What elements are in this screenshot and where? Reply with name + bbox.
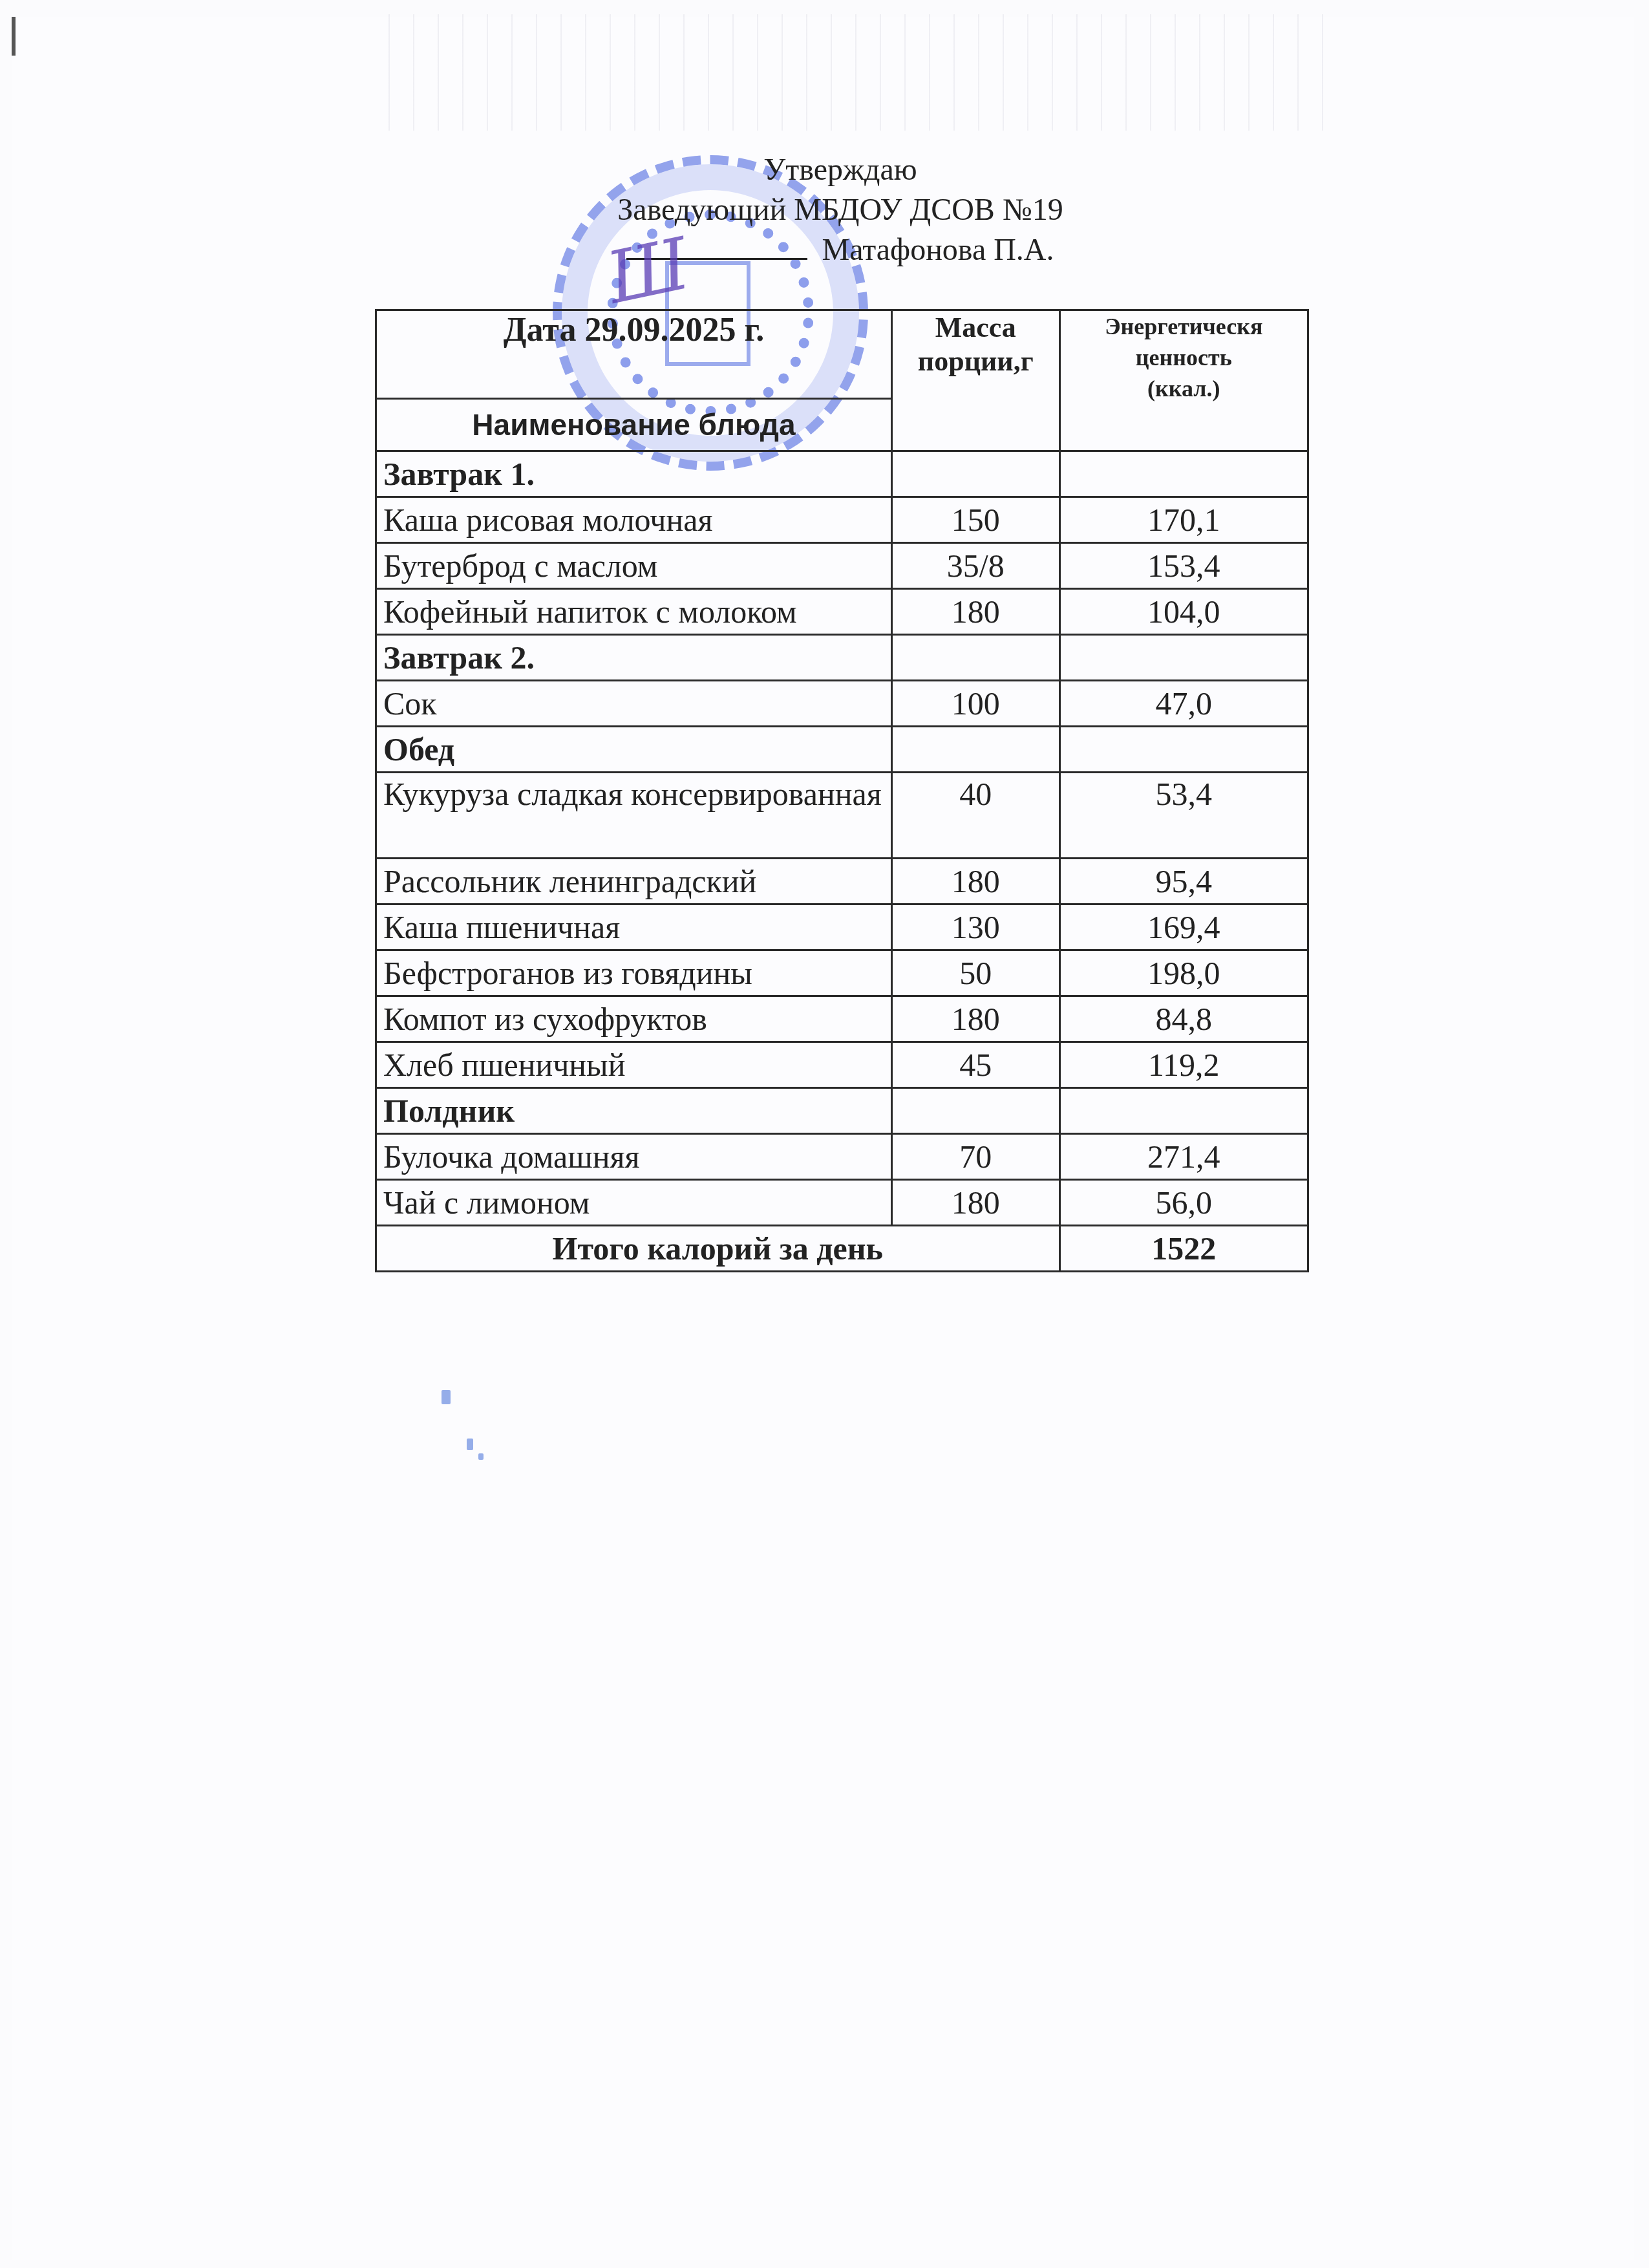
table-row: Хлеб пшеничный45119,2 (376, 1042, 1308, 1088)
approval-block: Утверждаю Заведующий МБДОУ ДСОВ №19 Мата… (375, 150, 1306, 270)
table-row: Булочка домашняя70271,4 (376, 1134, 1308, 1180)
energy-value: 104,0 (1059, 589, 1308, 635)
table-row: Каша рисовая молочная150170,1 (376, 497, 1308, 543)
empty-cell (1059, 451, 1308, 497)
empty-cell (891, 635, 1059, 681)
dish-name: Бефстроганов из говядины (376, 950, 892, 996)
energy-value: 84,8 (1059, 996, 1308, 1042)
energy-header-line: ценность (1067, 342, 1301, 373)
portion-mass: 180 (891, 589, 1059, 635)
table-row: Кукуруза сладкая консервированная4053,4 (376, 773, 1308, 859)
portion-mass: 130 (891, 904, 1059, 950)
dish-name: Бутерброд с маслом (376, 543, 892, 589)
section-title: Обед (376, 727, 892, 773)
dish-name: Хлеб пшеничный (376, 1042, 892, 1088)
section-row: Завтрак 2. (376, 635, 1308, 681)
dish-name: Компот из сухофруктов (376, 996, 892, 1042)
energy-value: 170,1 (1059, 497, 1308, 543)
energy-value: 271,4 (1059, 1134, 1308, 1180)
section-row: Завтрак 1. (376, 451, 1308, 497)
faded-print-artifact (365, 14, 1335, 131)
approver-signature-line: Матафонова П.А. (375, 230, 1306, 270)
ink-speck (478, 1453, 484, 1460)
total-label: Итого калорий за день (376, 1226, 1060, 1272)
table-row: Сок10047,0 (376, 681, 1308, 727)
empty-cell (1059, 1088, 1308, 1134)
portion-mass: 180 (891, 996, 1059, 1042)
dish-name: Булочка домашняя (376, 1134, 892, 1180)
approver-position: Заведующий МБДОУ ДСОВ №19 (375, 190, 1306, 230)
energy-value: 53,4 (1059, 773, 1308, 859)
empty-cell (891, 451, 1059, 497)
energy-value: 56,0 (1059, 1180, 1308, 1226)
table-row: Рассольник ленинградский18095,4 (376, 859, 1308, 904)
total-row: Итого калорий за день1522 (376, 1226, 1308, 1272)
approver-name: Матафонова П.А. (822, 233, 1054, 267)
table-row: Бефстроганов из говядины50198,0 (376, 950, 1308, 996)
table-row: Каша пшеничная130169,4 (376, 904, 1308, 950)
date-header: Дата 29.09.2025 г. (376, 310, 892, 399)
table-header-row: Дата 29.09.2025 г. Масса порции,г Энерге… (376, 310, 1308, 399)
energy-value: 153,4 (1059, 543, 1308, 589)
table-row: Компот из сухофруктов18084,8 (376, 996, 1308, 1042)
energy-value: 119,2 (1059, 1042, 1308, 1088)
energy-header-line: (ккал.) (1067, 373, 1301, 404)
section-title: Завтрак 2. (376, 635, 892, 681)
section-row: Обед (376, 727, 1308, 773)
table-row: Чай с лимоном18056,0 (376, 1180, 1308, 1226)
dish-name: Кукуруза сладкая консервированная (376, 773, 892, 859)
portion-mass: 50 (891, 950, 1059, 996)
handwritten-signature-icon: Ш (600, 222, 696, 319)
portion-mass: 180 (891, 1180, 1059, 1226)
section-title: Завтрак 1. (376, 451, 892, 497)
portion-mass: 45 (891, 1042, 1059, 1088)
dish-name: Кофейный напиток с молоком (376, 589, 892, 635)
portion-mass: 150 (891, 497, 1059, 543)
portion-mass: 100 (891, 681, 1059, 727)
dish-name: Сок (376, 681, 892, 727)
dish-name: Каша пшеничная (376, 904, 892, 950)
dish-name: Чай с лимоном (376, 1180, 892, 1226)
daily-menu-table: Дата 29.09.2025 г. Масса порции,г Энерге… (375, 309, 1309, 1272)
table-row: Бутерброд с маслом35/8153,4 (376, 543, 1308, 589)
portion-mass: 70 (891, 1134, 1059, 1180)
approval-title: Утверждаю (375, 150, 1306, 190)
ink-speck (442, 1390, 451, 1404)
scan-edge-mark (12, 17, 16, 56)
section-row: Полдник (376, 1088, 1308, 1134)
portion-mass: 180 (891, 859, 1059, 904)
dish-name: Рассольник ленинградский (376, 859, 892, 904)
energy-value: 47,0 (1059, 681, 1308, 727)
mass-header: Масса порции,г (891, 310, 1059, 451)
energy-value: 169,4 (1059, 904, 1308, 950)
ink-speck (467, 1439, 473, 1450)
dish-name: Каша рисовая молочная (376, 497, 892, 543)
energy-header: Энергетическя ценность (ккал.) (1059, 310, 1308, 451)
empty-cell (1059, 727, 1308, 773)
section-title: Полдник (376, 1088, 892, 1134)
energy-header-line: Энергетическя (1067, 311, 1301, 342)
empty-cell (891, 727, 1059, 773)
dish-name-header: Наименование блюда (376, 399, 892, 451)
energy-value: 95,4 (1059, 859, 1308, 904)
empty-cell (1059, 635, 1308, 681)
energy-value: 198,0 (1059, 950, 1308, 996)
empty-cell (891, 1088, 1059, 1134)
table-row: Кофейный напиток с молоком180104,0 (376, 589, 1308, 635)
portion-mass: 40 (891, 773, 1059, 859)
total-value: 1522 (1059, 1226, 1308, 1272)
portion-mass: 35/8 (891, 543, 1059, 589)
